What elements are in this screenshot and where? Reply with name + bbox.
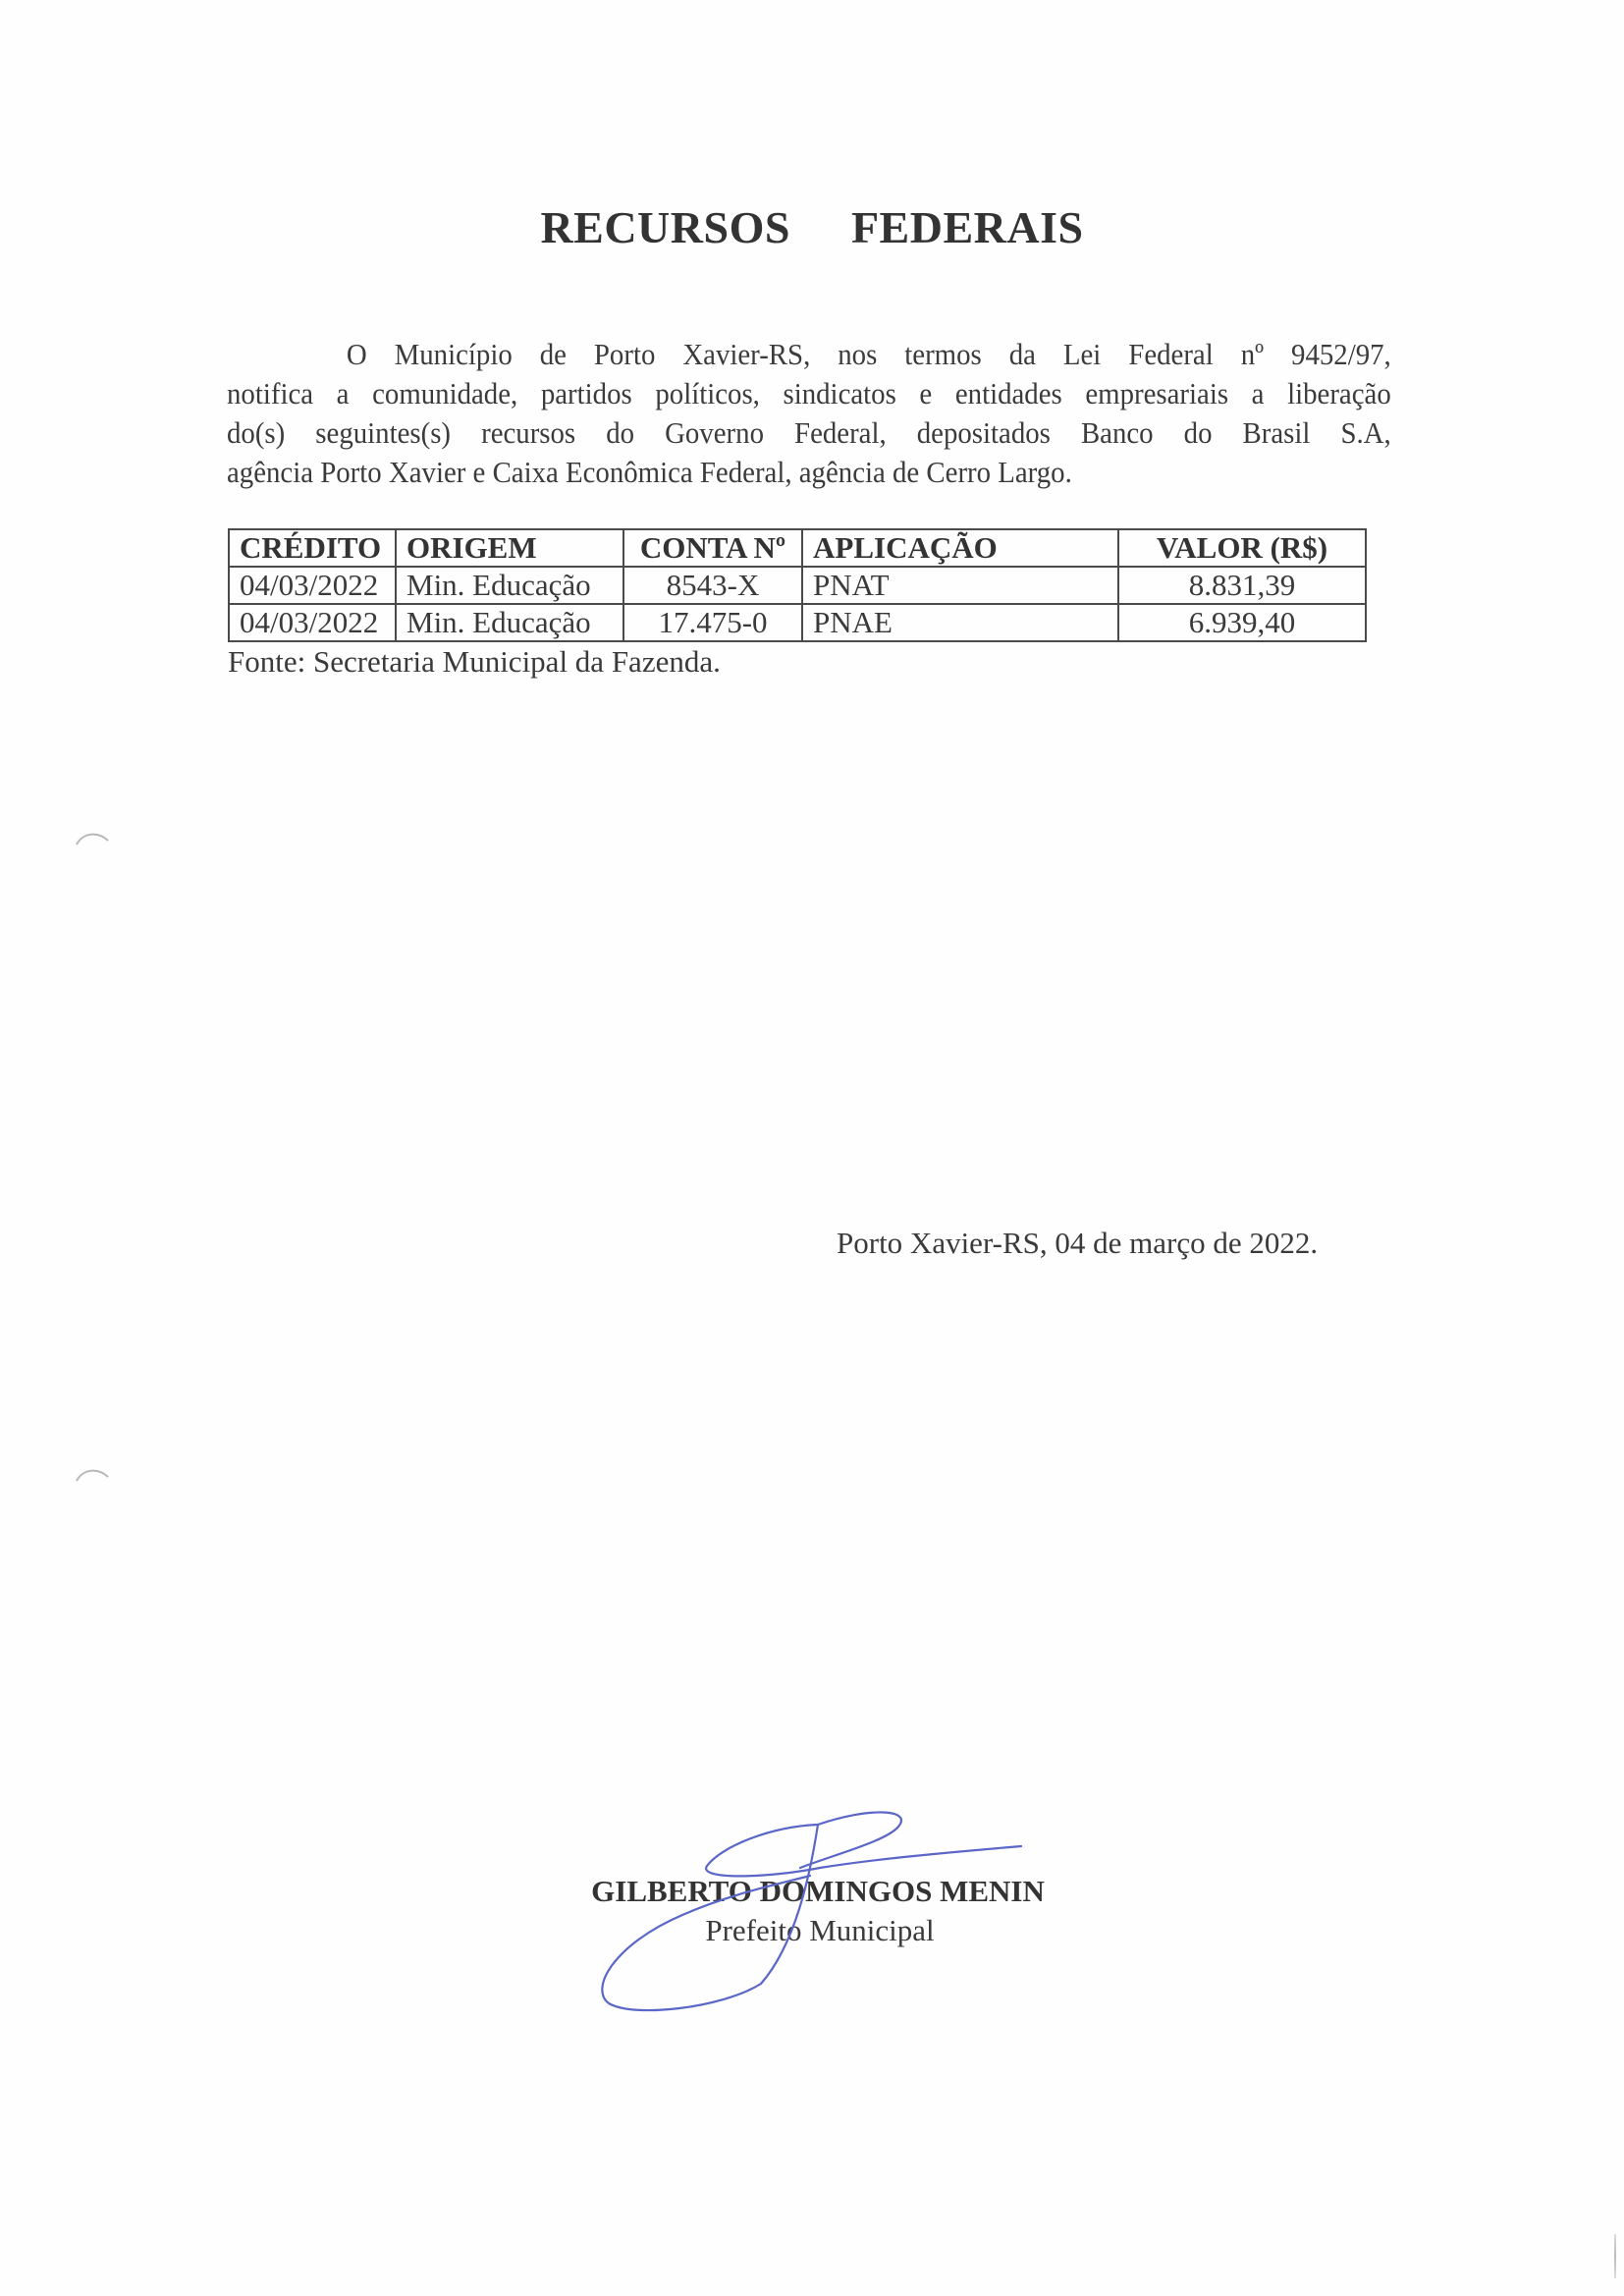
cell-conta: 17.475-0 — [623, 604, 802, 641]
document-title: RECURSOSFEDERAIS — [0, 201, 1624, 253]
table-header-row: CRÉDITO ORIGEM CONTA Nº APLICAÇÃO VALOR … — [229, 529, 1366, 567]
cell-conta: 8543-X — [623, 567, 802, 604]
cell-origem: Min. Educação — [396, 604, 623, 641]
title-word-1: RECURSOS — [540, 201, 790, 253]
document-page: RECURSOSFEDERAIS O Município de Porto Xa… — [0, 0, 1624, 2296]
punch-hole-mark-icon — [73, 1463, 112, 1483]
header-conta: CONTA Nº — [623, 529, 802, 567]
header-aplicacao: APLICAÇÃO — [802, 529, 1118, 567]
cell-valor: 8.831,39 — [1118, 567, 1366, 604]
place-and-date: Porto Xavier-RS, 04 de março de 2022. — [837, 1226, 1318, 1261]
cell-credito: 04/03/2022 — [229, 567, 396, 604]
table-row: 04/03/2022 Min. Educação 8543-X PNAT 8.8… — [229, 567, 1366, 604]
notice-paragraph: O Município de Porto Xavier-RS, nos term… — [227, 335, 1391, 492]
header-origem: ORIGEM — [396, 529, 623, 567]
header-credito: CRÉDITO — [229, 529, 396, 567]
cell-aplicacao: PNAT — [802, 567, 1118, 604]
table-row: 04/03/2022 Min. Educação 17.475-0 PNAE 6… — [229, 604, 1366, 641]
paragraph-line: agência Porto Xavier e Caixa Econômica F… — [227, 453, 1391, 492]
header-valor: VALOR (R$) — [1118, 529, 1366, 567]
cell-credito: 04/03/2022 — [229, 604, 396, 641]
cell-aplicacao: PNAE — [802, 604, 1118, 641]
paragraph-line: do(s) seguintes(s) recursos do Governo F… — [227, 413, 1391, 453]
scan-edge-mark — [1614, 2234, 1616, 2278]
title-word-2: FEDERAIS — [851, 201, 1084, 253]
handwritten-signature-icon — [574, 1797, 1046, 2023]
resources-table: CRÉDITO ORIGEM CONTA Nº APLICAÇÃO VALOR … — [228, 528, 1367, 642]
signatory-name: GILBERTO DOMINGOS MENIN — [0, 1874, 1624, 1909]
punch-hole-mark-icon — [73, 827, 112, 847]
paragraph-line: notifica a comunidade, partidos político… — [227, 374, 1391, 413]
cell-valor: 6.939,40 — [1118, 604, 1366, 641]
paragraph-line: O Município de Porto Xavier-RS, nos term… — [227, 335, 1391, 374]
cell-origem: Min. Educação — [396, 567, 623, 604]
source-note: Fonte: Secretaria Municipal da Fazenda. — [228, 644, 721, 680]
signatory-role: Prefeito Municipal — [0, 1913, 1624, 1948]
